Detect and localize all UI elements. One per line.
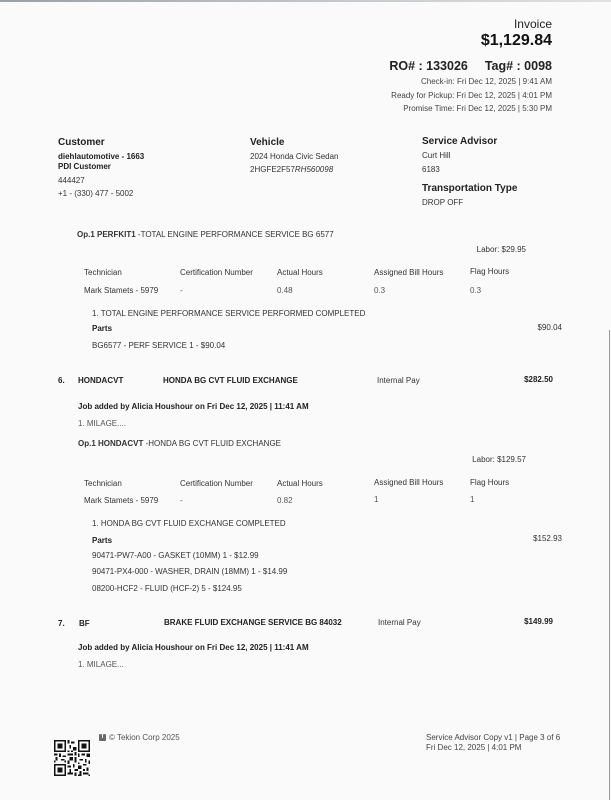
job5-col-assigned-bill-hours: Assigned Bill Hours (374, 268, 443, 277)
job7-pay-type: Internal Pay (378, 618, 421, 627)
job6-assigned-bill-hours: 1 (374, 495, 378, 504)
job7-description: BRAKE FLUID EXCHANGE SERVICE BG 84032 (164, 618, 342, 627)
job5-op-line: Op.1 PERFKIT1 -TOTAL ENGINE PERFORMANCE … (77, 230, 334, 239)
job5-certification: - (180, 286, 183, 295)
job5-parts-label: Parts (92, 324, 112, 333)
customer-phone: +1 - (330) 477 - 5002 (58, 189, 133, 198)
job6-code: HONDACVT (78, 376, 123, 385)
job5-labor-text: Labor: $29.95 (477, 245, 526, 254)
promise-time: Promise Time: Fri Dec 12, 2025 | 5:30 PM (403, 102, 552, 116)
job6-part-item: 08200-HCF2 - FLUID (HCF-2) 5 - $124.95 (92, 584, 242, 593)
top-edge (0, 0, 611, 2)
customer-heading: Customer (58, 137, 105, 148)
job5-part-item: BG6577 - PERF SERVICE 1 - $90.04 (92, 341, 225, 350)
service-advisor-name: Curt Hill (422, 151, 450, 160)
job6-story: 1. HONDA BG CVT FLUID EXCHANGE COMPLETED (92, 519, 286, 528)
job6-amount: $282.50 (524, 375, 553, 384)
job6-op-desc: -HONDA BG CVT FLUID EXCHANGE (143, 439, 281, 448)
job6-part-item: 90471-PW7-A00 - GASKET (10MM) 1 - $12.99 (92, 551, 259, 560)
job6-parts-total: $152.93 (533, 534, 562, 543)
tag-number: Tag# : 0098 (485, 59, 552, 73)
job6-col-technician: Technician (84, 479, 122, 488)
job6-description: HONDA BG CVT FLUID EXCHANGE (163, 376, 298, 385)
vin-prefix: 2HGFE2F57 (250, 165, 295, 174)
job6-part-item: 90471-PX4-000 - WASHER, DRAIN (18MM) 1 -… (92, 567, 287, 576)
service-advisor-heading: Service Advisor (422, 136, 497, 147)
qr-code-icon (54, 740, 90, 776)
job5-op-desc: -TOTAL ENGINE PERFORMANCE SERVICE BG 657… (136, 230, 334, 239)
job5-actual-hours: 0.48 (277, 286, 293, 295)
job5-assigned-bill-hours: 0.3 (374, 286, 385, 295)
vin-suffix: RH560098 (295, 165, 333, 174)
vehicle-description: 2024 Honda Civic Sedan (250, 152, 339, 161)
job6-number: 6. (58, 376, 65, 385)
job5-col-flag-hours: Flag Hours (470, 267, 509, 276)
job6-added-by: Job added by Alicia Houshour on Fri Dec … (78, 402, 309, 411)
job6-col-flag-hours: Flag Hours (470, 478, 509, 487)
vehicle-heading: Vehicle (250, 137, 284, 148)
job7-number: 7. (58, 619, 65, 628)
customer-type: PDI Customer (58, 162, 111, 171)
job6-pay-type: Internal Pay (377, 376, 420, 385)
check-in-time: Check-in: Fri Dec 12, 2025 | 9:41 AM (421, 75, 552, 89)
job6-parts-label: Parts (92, 536, 112, 545)
ro-tag-line: RO# : 133026 Tag# : 0098 (389, 59, 552, 73)
invoice-total: $1,129.84 (481, 32, 552, 50)
job6-technician: Mark Stamets - 5979 (84, 496, 158, 505)
job6-labor: Labor: $129.57 (472, 455, 526, 464)
tekion-logo-icon: T (99, 734, 106, 741)
job5-parts-total: $90.04 (538, 323, 562, 332)
transportation-value: DROP OFF (422, 198, 463, 207)
job7-code: BF (79, 619, 90, 628)
job5-flag-hours: 0.3 (470, 286, 481, 295)
customer-name: diehlautomotive - 1663 (58, 152, 144, 161)
ready-for-pickup-time: Ready for Pickup: Fri Dec 12, 2025 | 4:0… (391, 89, 552, 103)
transportation-heading: Transportation Type (422, 183, 517, 194)
job7-amount: $149.99 (524, 617, 553, 626)
job5-col-technician: Technician (84, 268, 122, 277)
job5-col-certification: Certification Number (180, 268, 253, 277)
invoice-title: Invoice (514, 17, 552, 31)
job5-technician: Mark Stamets - 5979 (84, 286, 158, 295)
job6-op-line: Op.1 HONDACVT -HONDA BG CVT FLUID EXCHAN… (78, 439, 281, 448)
job5-col-actual-hours: Actual Hours (277, 268, 323, 277)
job7-added-by: Job added by Alicia Houshour on Fri Dec … (78, 643, 309, 652)
right-edge (609, 330, 610, 800)
job6-col-certification: Certification Number (180, 479, 253, 488)
service-advisor-id: 6183 (422, 165, 440, 174)
job5-labor: Labor: $29.95 (477, 245, 526, 254)
footer-copy-info: Service Advisor Copy v1 | Page 3 of 6 (426, 733, 560, 742)
job6-col-assigned-bill-hours: Assigned Bill Hours (374, 478, 443, 487)
job6-certification: - (180, 496, 183, 505)
ro-number: RO# : 133026 (389, 59, 468, 73)
job5-op-code: Op.1 PERFKIT1 (77, 230, 136, 239)
job6-op-code: Op.1 HONDACVT (78, 439, 143, 448)
copyright-text: © Tekion Corp 2025 (109, 733, 180, 742)
footer-printed-date: Fri Dec 12, 2025 | 4:01 PM (426, 743, 521, 752)
job7-concern: 1. MILAGE... (78, 660, 124, 669)
footer-copyright: T© Tekion Corp 2025 (99, 733, 180, 742)
vehicle-vin: 2HGFE2F57RH560098 (250, 165, 333, 174)
job6-flag-hours: 1 (470, 495, 474, 504)
customer-number: 444427 (58, 176, 85, 185)
job6-concern: 1. MILAGE.... (78, 419, 126, 428)
job6-actual-hours: 0.82 (277, 496, 293, 505)
job5-story: 1. TOTAL ENGINE PERFORMANCE SERVICE PERF… (92, 309, 365, 318)
job6-col-actual-hours: Actual Hours (277, 479, 323, 488)
